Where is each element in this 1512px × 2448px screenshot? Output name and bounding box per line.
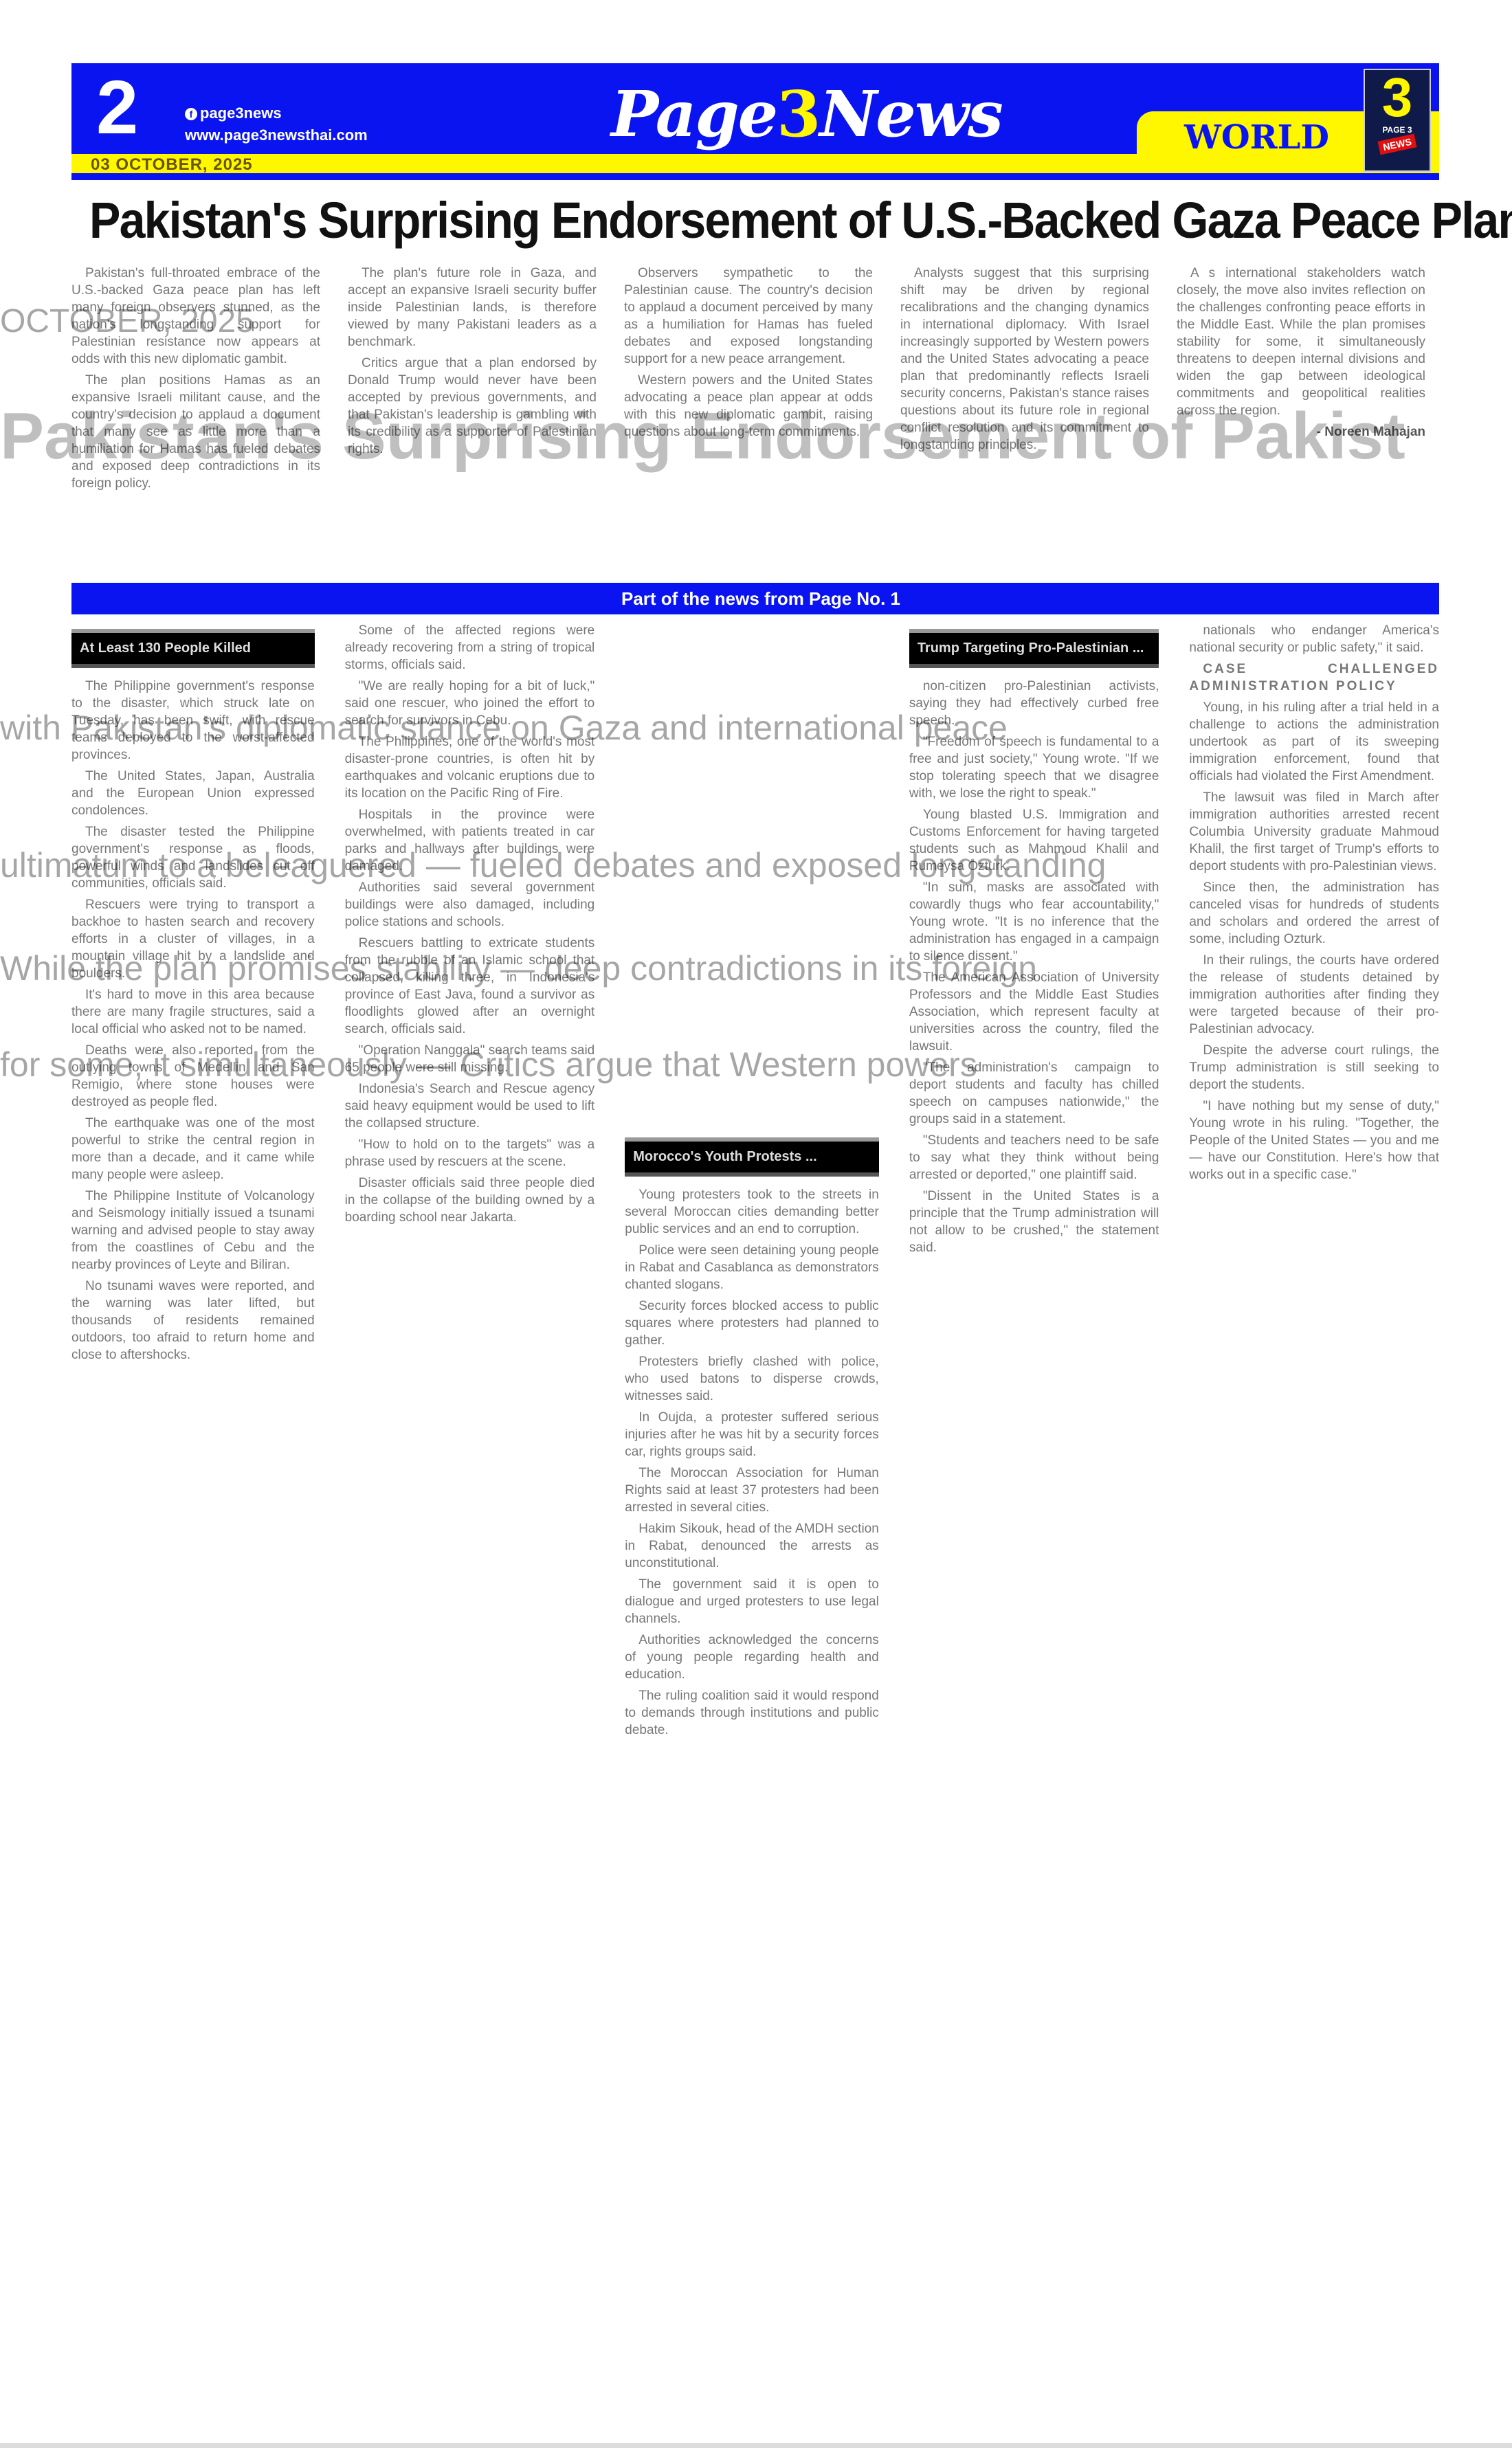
- paragraph: Since then, the administration has cance…: [1189, 879, 1439, 948]
- paragraph: Young blasted U.S. Immigration and Custo…: [909, 806, 1159, 875]
- paragraph: Western powers and the United States adv…: [624, 372, 873, 441]
- paragraph: The Philippine Institute of Volcanology …: [71, 1188, 315, 1273]
- paragraph: Deaths were also reported from the outly…: [71, 1042, 315, 1111]
- paragraph: No tsunami waves were reported, and the …: [71, 1278, 315, 1364]
- paragraph: The Philippine government's response to …: [71, 678, 315, 764]
- paragraph: "Operation Nanggala" search teams said 6…: [345, 1042, 595, 1076]
- paragraph: The Philippines, one of the world's most…: [345, 733, 595, 802]
- logo-right: News: [819, 77, 1002, 151]
- continued-columns: At Least 130 People Killed The Philippin…: [71, 622, 1439, 2381]
- masthead: 2 fpage3news www.page3newsthai.com 03 OC…: [71, 63, 1439, 180]
- continued-column-1: At Least 130 People Killed The Philippin…: [71, 622, 315, 2381]
- page-number: 2: [96, 70, 138, 146]
- section-label: Morocco's Youth Protests ...: [625, 1137, 879, 1177]
- paragraph: The plan's future role in Gaza, and acce…: [348, 265, 597, 350]
- continued-column-4: Trump Targeting Pro-Palestinian ... non-…: [909, 622, 1159, 2381]
- badge-number: 3: [1365, 70, 1430, 125]
- section-title: WORLD: [1184, 118, 1329, 157]
- paragraph: The United States, Japan, Australia and …: [71, 768, 315, 819]
- paragraph: A s international stakeholders watch clo…: [1177, 265, 1425, 419]
- paragraph: "Dissent in the United States is a princ…: [909, 1188, 1159, 1256]
- paragraph: "In sum, masks are associated with cowar…: [909, 879, 1159, 965]
- paragraph: The plan positions Hamas as an expansive…: [71, 372, 320, 492]
- paragraph: Indonesia's Search and Rescue agency sai…: [345, 1080, 595, 1132]
- paragraph: Police were seen detaining young people …: [625, 1242, 879, 1293]
- paragraph: Pakistan's full-throated embrace of the …: [71, 265, 320, 368]
- paragraph: "How to hold on to the targets" was a ph…: [345, 1136, 595, 1170]
- paragraph: "I have nothing but my sense of duty," Y…: [1189, 1098, 1439, 1183]
- paragraph: The ruling coalition said it would respo…: [625, 1687, 879, 1739]
- lead-column-5: A s international stakeholders watch clo…: [1177, 265, 1425, 577]
- paragraph: In their rulings, the courts have ordere…: [1189, 952, 1439, 1038]
- paragraph: Security forces blocked access to public…: [625, 1298, 879, 1349]
- facebook-handle[interactable]: fpage3news: [185, 104, 282, 122]
- facebook-handle-text: page3news: [200, 104, 282, 122]
- paragraph: Young protesters took to the streets in …: [625, 1186, 879, 1238]
- paragraph: Authorities acknowledged the concerns of…: [625, 1632, 879, 1683]
- paragraph: "Freedom of speech is fundamental to a f…: [909, 733, 1159, 802]
- paragraph: nationals who endanger America's nationa…: [1189, 622, 1439, 656]
- page3-badge-icon: 3 PAGE 3 NEWS: [1364, 69, 1431, 172]
- paragraph: The disaster tested the Philippine gover…: [71, 823, 315, 892]
- lead-column-2: The plan's future role in Gaza, and acce…: [348, 265, 597, 577]
- paragraph: The Moroccan Association for Human Right…: [625, 1465, 879, 1516]
- logo-left: Page: [611, 77, 777, 151]
- paragraph: Young, in his ruling after a trial held …: [1189, 699, 1439, 785]
- paragraph: Hakim Sikouk, head of the AMDH section i…: [625, 1520, 879, 1572]
- paragraph: "We are really hoping for a bit of luck,…: [345, 678, 595, 729]
- paragraph: "The administration's campaign to deport…: [909, 1059, 1159, 1128]
- logo-number: 3: [777, 77, 819, 151]
- paragraph: "Students and teachers need to be safe t…: [909, 1132, 1159, 1183]
- byline: - Noreen Mahajan: [1177, 423, 1425, 441]
- paragraph: The government said it is open to dialog…: [625, 1576, 879, 1627]
- badge-page: PAGE 3: [1365, 125, 1430, 135]
- continued-column-3: Morocco's Youth Protests ... Young prote…: [625, 622, 879, 2381]
- lead-column-1: Pakistan's full-throated embrace of the …: [71, 265, 320, 577]
- paragraph: Analysts suggest that this surprising sh…: [900, 265, 1149, 454]
- newspaper-logo: Page3News: [611, 77, 1002, 151]
- lead-headline: Pakistan's Surprising Endorsement of U.S…: [89, 191, 1322, 249]
- paragraph: Despite the adverse court rulings, the T…: [1189, 1042, 1439, 1093]
- paragraph: It's hard to move in this area because t…: [71, 986, 315, 1038]
- paragraph: Rescuers were trying to transport a back…: [71, 896, 315, 982]
- continued-column-2: Some of the affected regions were alread…: [345, 622, 595, 2381]
- paragraph: Authorities said several government buil…: [345, 879, 595, 931]
- section-label: At Least 130 People Killed: [71, 629, 315, 668]
- paragraph: non-citizen pro-Palestinian activists, s…: [909, 678, 1159, 729]
- section-label: Trump Targeting Pro-Palestinian ...: [909, 629, 1159, 668]
- subhead: CASE CHALLENGED ADMINISTRATION POLICY: [1189, 660, 1439, 695]
- paragraph: The lawsuit was filed in March after imm…: [1189, 789, 1439, 875]
- paragraph: In Oujda, a protester suffered serious i…: [625, 1409, 879, 1460]
- facebook-icon: f: [185, 108, 197, 120]
- continued-banner: Part of the news from Page No. 1: [71, 583, 1439, 614]
- lead-column-4: Analysts suggest that this surprising sh…: [900, 265, 1149, 577]
- paragraph: Some of the affected regions were alread…: [345, 622, 595, 674]
- badge-news: NEWS: [1378, 134, 1417, 155]
- paragraph: Rescuers battling to extricate students …: [345, 935, 595, 1038]
- paragraph: Observers sympathetic to the Palestinian…: [624, 265, 873, 368]
- issue-date: 03 OCTOBER, 2025: [91, 155, 253, 175]
- paragraph: The earthquake was one of the most power…: [71, 1115, 315, 1183]
- lead-column-3: Observers sympathetic to the Palestinian…: [624, 265, 873, 577]
- continued-column-5: nationals who endanger America's nationa…: [1189, 622, 1439, 2381]
- paragraph: Disaster officials said three people die…: [345, 1175, 595, 1226]
- website-link[interactable]: www.page3newsthai.com: [185, 126, 368, 144]
- paragraph: Critics argue that a plan endorsed by Do…: [348, 355, 597, 458]
- lead-article-columns: Pakistan's full-throated embrace of the …: [71, 265, 1439, 577]
- page-bottom-edge: [0, 2443, 1512, 2448]
- paragraph: Protesters briefly clashed with police, …: [625, 1353, 879, 1405]
- paragraph: The American Association of University P…: [909, 969, 1159, 1055]
- paragraph: Hospitals in the province were overwhelm…: [345, 806, 595, 875]
